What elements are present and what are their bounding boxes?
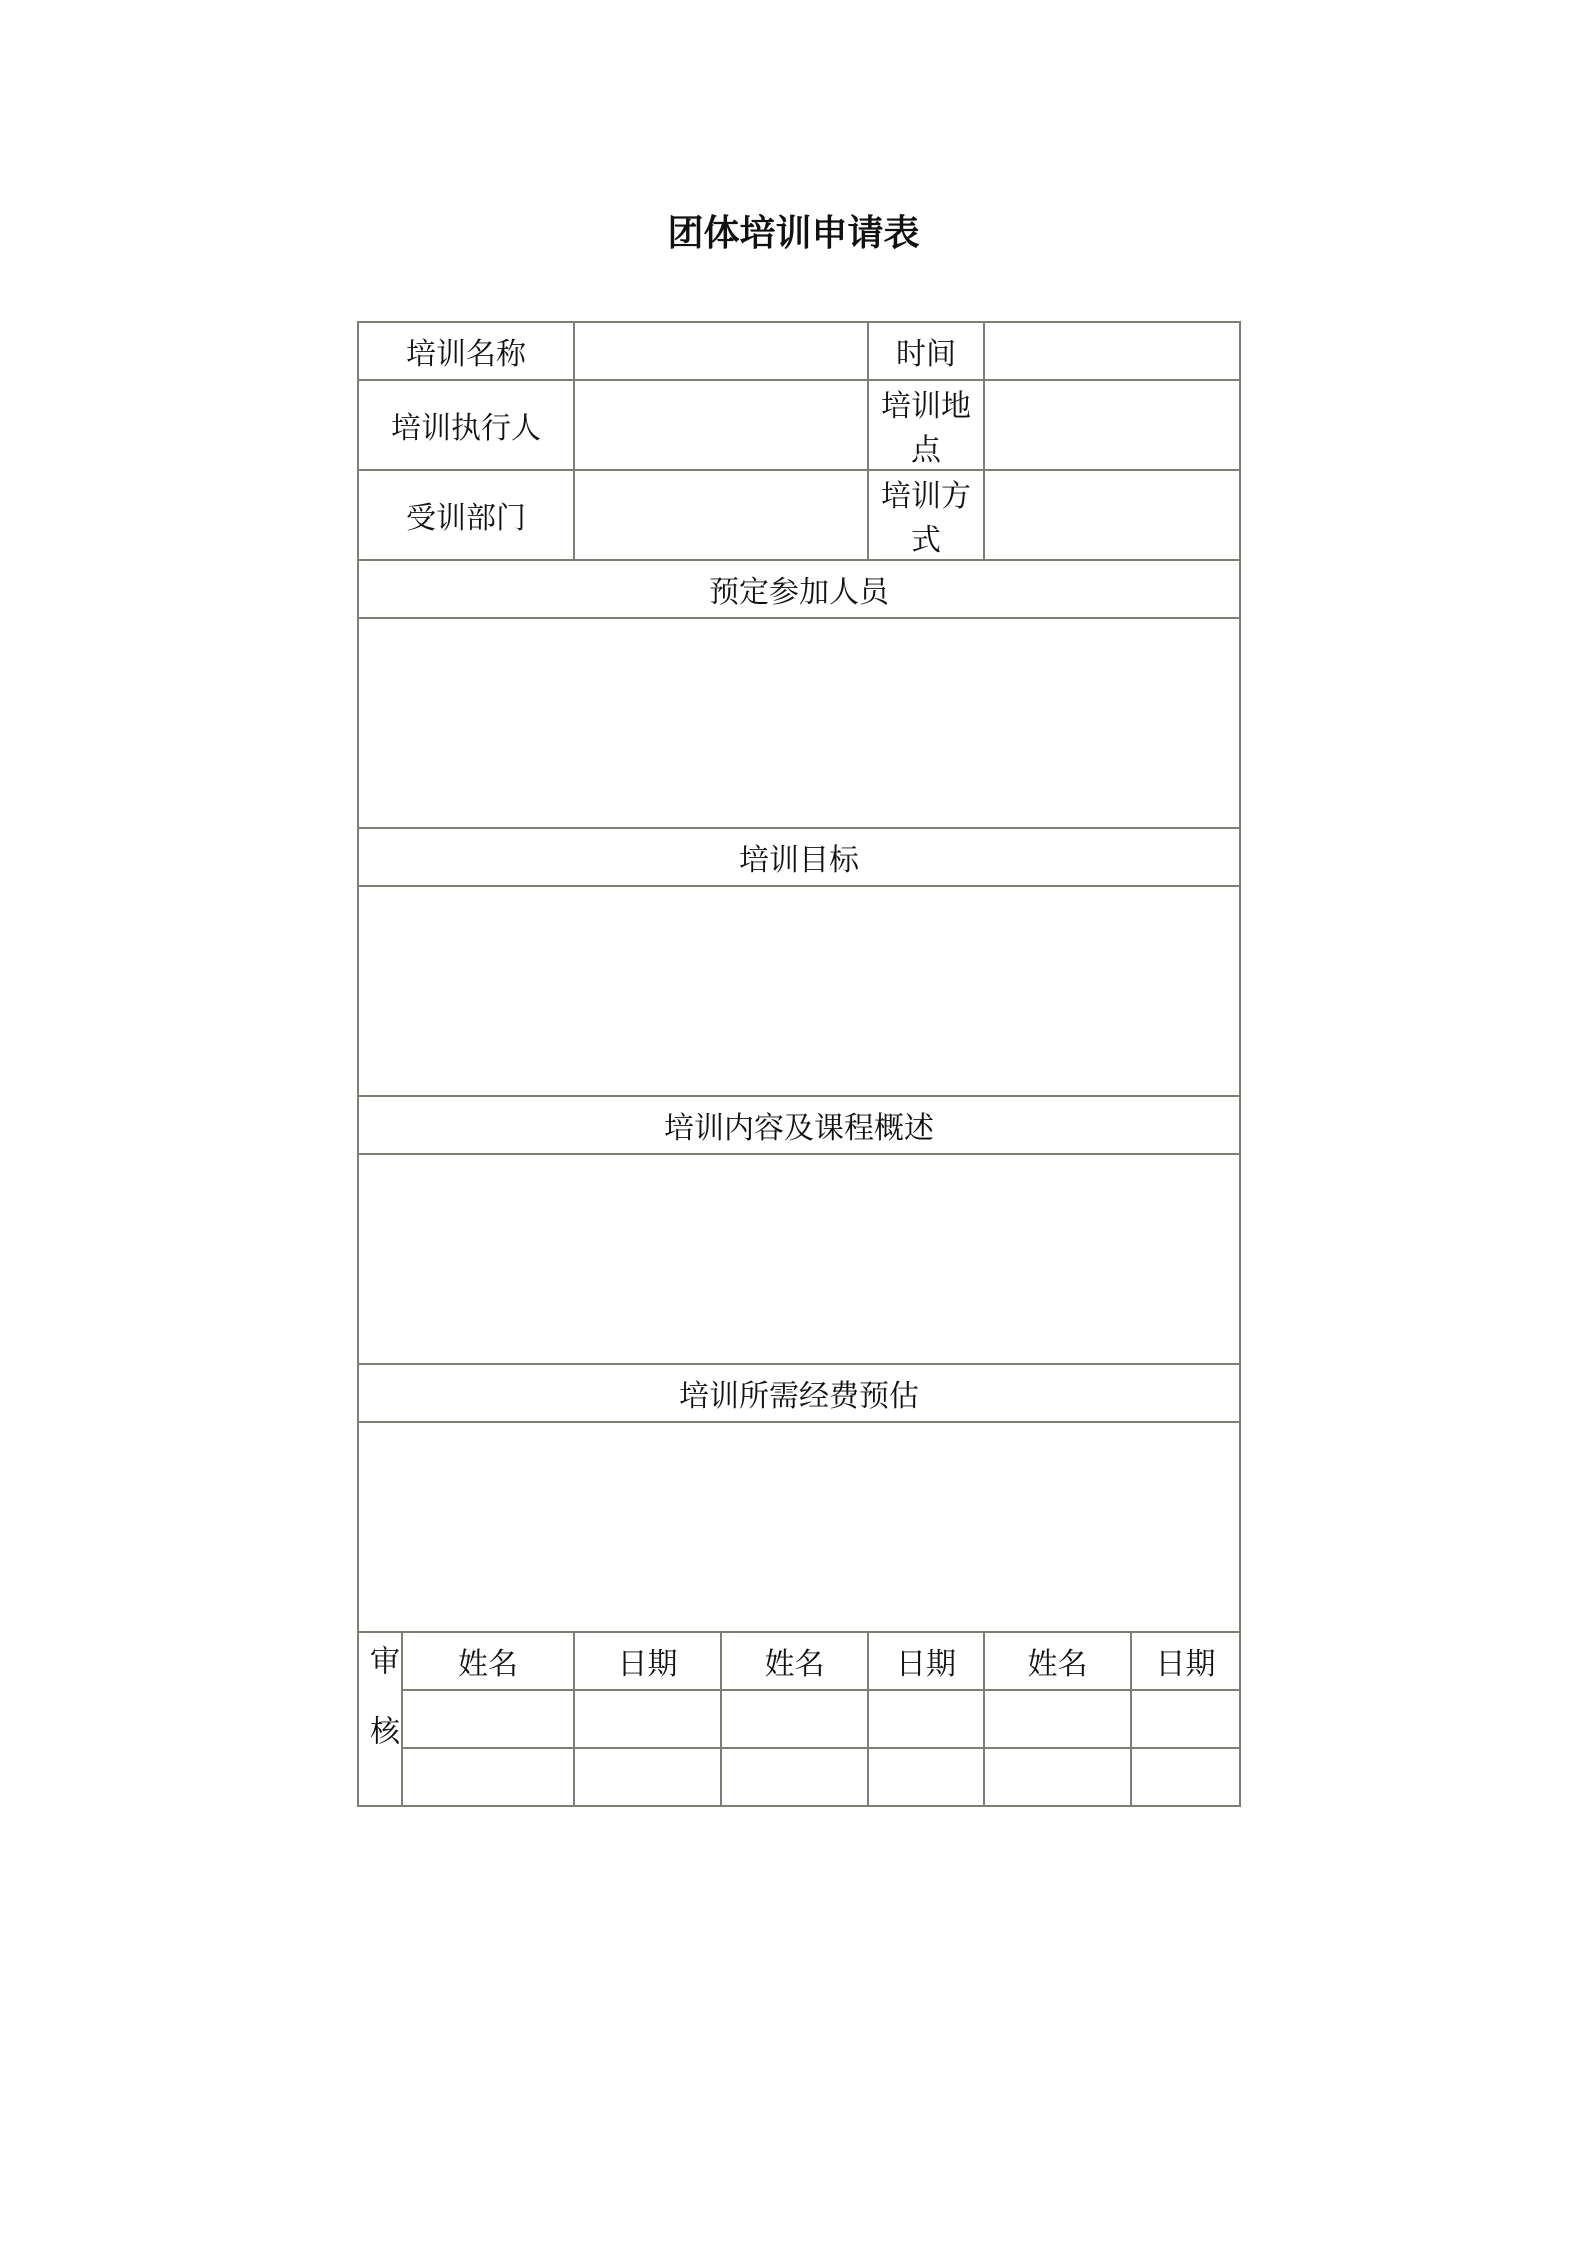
review-cell[interactable] — [402, 1690, 574, 1748]
field-attendees[interactable] — [358, 618, 1240, 828]
field-goals[interactable] — [358, 886, 1240, 1096]
review-cell[interactable] — [721, 1690, 868, 1748]
field-budget[interactable] — [358, 1422, 1240, 1632]
review-cell[interactable] — [1131, 1748, 1240, 1806]
review-cell[interactable] — [984, 1690, 1131, 1748]
review-cell[interactable] — [574, 1748, 721, 1806]
review-cell[interactable] — [402, 1748, 574, 1806]
review-header: 姓名 — [984, 1632, 1131, 1690]
page-title: 团体培训申请表 — [0, 205, 1587, 256]
label-executor: 培训执行人 — [358, 380, 574, 470]
review-header: 姓名 — [402, 1632, 574, 1690]
review-cell[interactable] — [1131, 1690, 1240, 1748]
label-training-name: 培训名称 — [358, 322, 574, 380]
review-cell[interactable] — [984, 1748, 1131, 1806]
section-goals: 培训目标 — [358, 828, 1240, 886]
label-location: 培训地点 — [868, 380, 984, 470]
review-cell[interactable] — [574, 1690, 721, 1748]
review-header: 日期 — [1131, 1632, 1240, 1690]
section-attendees: 预定参加人员 — [358, 560, 1240, 618]
section-budget: 培训所需经费预估 — [358, 1364, 1240, 1422]
label-department: 受训部门 — [358, 470, 574, 560]
field-location[interactable] — [984, 380, 1240, 470]
field-content[interactable] — [358, 1154, 1240, 1364]
review-header: 日期 — [574, 1632, 721, 1690]
field-department[interactable] — [574, 470, 868, 560]
review-header: 姓名 — [721, 1632, 868, 1690]
field-method[interactable] — [984, 470, 1240, 560]
review-header: 日期 — [868, 1632, 984, 1690]
application-form-table: 培训名称 时间 培训执行人 培训地点 受训部门 培训方式 预定参加人员 培训目标… — [357, 321, 1241, 1807]
label-method: 培训方式 — [868, 470, 984, 560]
label-time: 时间 — [868, 322, 984, 380]
field-executor[interactable] — [574, 380, 868, 470]
review-cell[interactable] — [868, 1748, 984, 1806]
review-label: 审核 — [358, 1632, 402, 1806]
review-cell[interactable] — [721, 1748, 868, 1806]
review-cell[interactable] — [868, 1690, 984, 1748]
field-time[interactable] — [984, 322, 1240, 380]
section-content: 培训内容及课程概述 — [358, 1096, 1240, 1154]
field-training-name[interactable] — [574, 322, 868, 380]
